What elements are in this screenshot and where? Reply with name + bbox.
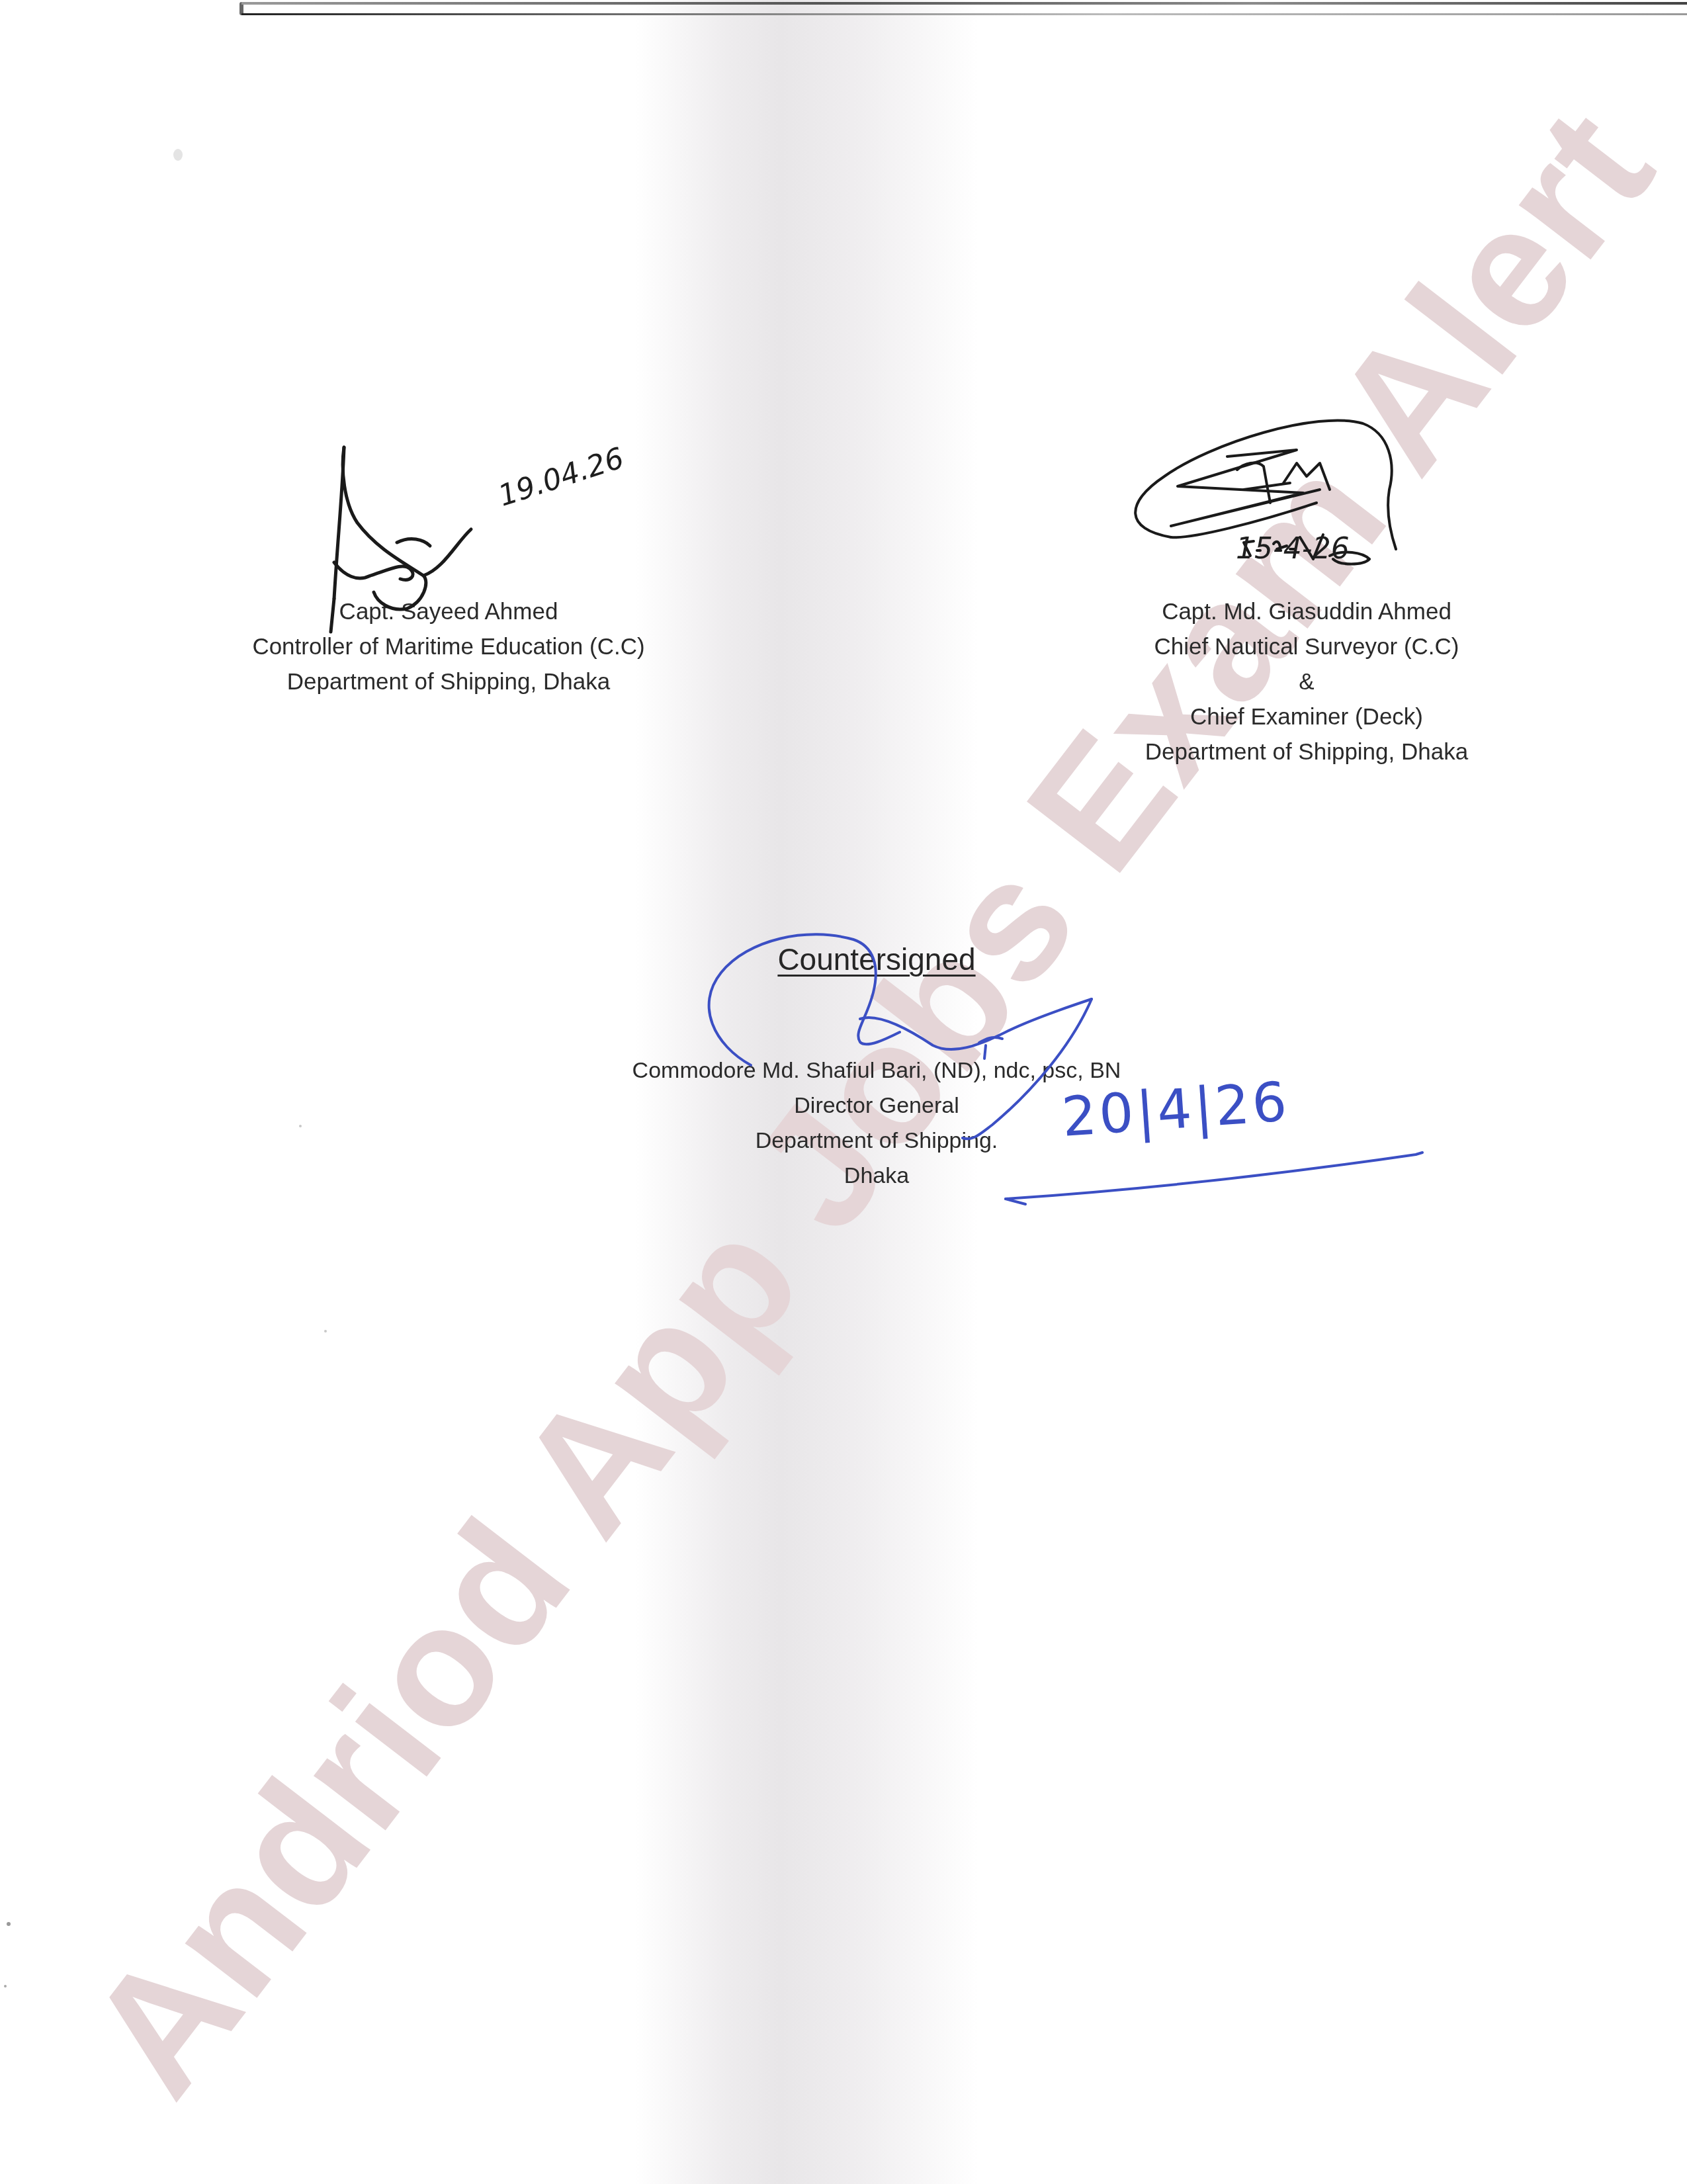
scan-speck <box>299 1125 302 1127</box>
scan-speck <box>7 1922 11 1926</box>
scan-edge-line-lower <box>241 13 1687 15</box>
signatory-name: Capt. Sayeed Ahmed <box>184 594 713 629</box>
scan-edge-line <box>241 2 1687 5</box>
ampersand: & <box>1042 664 1571 699</box>
handwritten-date-right: 15-4-26 <box>1236 532 1350 566</box>
signatory-title-secondary: Chief Examiner (Deck) <box>1042 699 1571 734</box>
signatory-name: Capt. Md. Giasuddin Ahmed <box>1042 594 1571 629</box>
signatory-title: Chief Nautical Surveyor (C.C) <box>1042 629 1571 664</box>
signatory-department: Department of Shipping, Dhaka <box>1042 734 1571 769</box>
signatory-department: Department of Shipping, Dhaka <box>184 664 713 699</box>
signatory-title: Controller of Maritime Education (C.C) <box>184 629 713 664</box>
countersigner-city: Dhaka <box>546 1158 1207 1194</box>
scan-speck <box>324 1330 327 1332</box>
signatory-block-left: Capt. Sayeed Ahmed Controller of Maritim… <box>184 594 713 699</box>
scan-speck <box>4 1985 7 1987</box>
signatory-block-right: Capt. Md. Giasuddin Ahmed Chief Nautical… <box>1042 594 1571 769</box>
scan-speck <box>173 149 183 161</box>
